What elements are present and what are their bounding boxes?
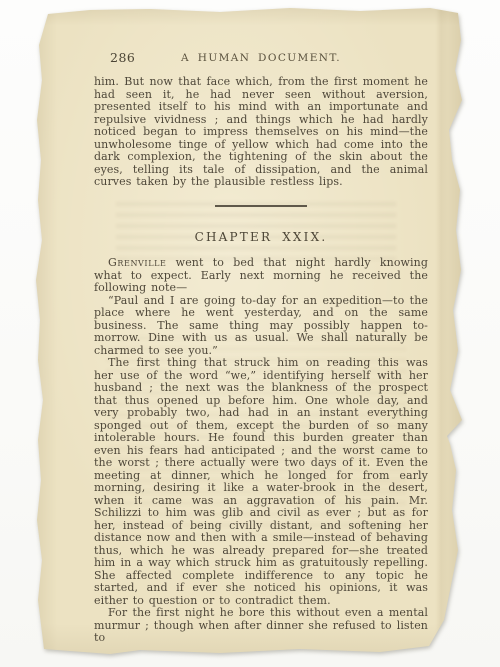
opening-paragraph: him. But now that face which, from the f… [94,76,428,189]
chapter-opening-lead-word: Grenville [108,256,166,269]
scan-canvas: 286 A HUMAN DOCUMENT. him. But now that … [0,0,500,667]
page-body: him. But now that face which, from the f… [94,76,428,645]
text-block: 286 A HUMAN DOCUMENT. him. But now that … [94,50,428,645]
note-paragraph: “Paul and I are going to-day for an expe… [94,295,428,358]
book-page: 286 A HUMAN DOCUMENT. him. But now that … [36,6,464,656]
reflection-paragraph: The first thing that struck him on readi… [94,357,428,607]
running-title: A HUMAN DOCUMENT. [94,50,428,64]
page-header: 286 A HUMAN DOCUMENT. [94,50,428,66]
page-number: 286 [110,50,135,65]
book-page-wrapper: 286 A HUMAN DOCUMENT. him. But now that … [36,6,464,656]
chapter-opening-paragraph: Grenville went to bed that night hardly … [94,257,428,295]
section-divider-rule [215,205,307,207]
chapter-heading: CHAPTER XXIX. [94,231,428,244]
closing-paragraph: For the first night he bore this without… [94,607,428,645]
